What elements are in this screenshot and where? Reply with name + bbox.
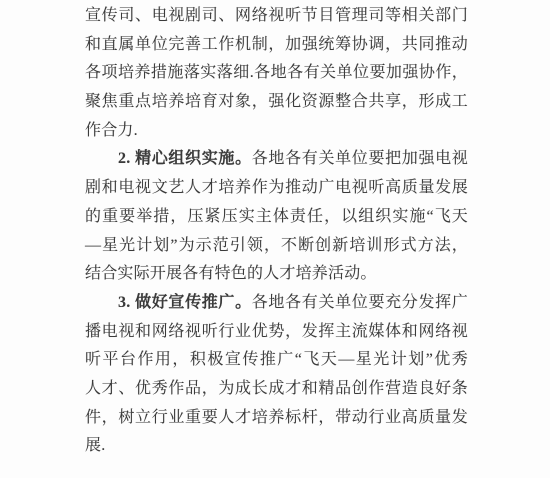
text-line: 剧和电视文艺人才培养作为推动广电视听高质量发展 xyxy=(85,174,468,203)
document-text-block: 宣传司、电视剧司、网络视听节目管理司等相关部门和直属单位完善工作机制，加强统筹协… xyxy=(85,2,468,461)
paragraph-2: 2. 精心组织实施。各地各有关单位要把加强电视剧和电视文艺人才培养作为推动广电视… xyxy=(85,145,468,288)
line-segment: 结合实际开展各有特色的人才培养活动。 xyxy=(85,265,377,282)
text-line: 展. xyxy=(85,432,468,461)
line-segment: 各地各有关单位要把加强电视 xyxy=(252,150,468,167)
text-line: 人才、优秀作品，为成长成才和精品创作营造良好条 xyxy=(85,375,468,404)
section-heading: 3. 做好宣传推广。 xyxy=(118,294,252,311)
text-line: 宣传司、电视剧司、网络视听节目管理司等相关部门 xyxy=(85,2,468,31)
line-segment: 宣传司、电视剧司、网络视听节目管理司等相关部门 xyxy=(85,7,468,24)
text-line: 各项培养措施落实落细.各地各有关单位要加强协作， xyxy=(85,59,468,88)
text-line: 2. 精心组织实施。各地各有关单位要把加强电视 xyxy=(85,145,468,174)
line-segment: 聚焦重点培养培育对象，强化资源整合共享，形成工 xyxy=(85,93,468,110)
line-segment: 件，树立行业重要人才培养标杆，带动行业高质量发 xyxy=(85,409,468,426)
paragraph-3: 3. 做好宣传推广。各地各有关单位要充分发挥广播电视和网络视听行业优势，发挥主流… xyxy=(85,289,468,461)
section-heading: 2. 精心组织实施。 xyxy=(118,150,252,167)
line-segment: —星光计划”为示范引领，不断创新培训形式方法， xyxy=(85,237,468,254)
text-line: 的重要举措，压紧压实主体责任，以组织实施“飞天 xyxy=(85,203,468,232)
text-line: —星光计划”为示范引领，不断创新培训形式方法， xyxy=(85,232,468,261)
paragraph-1: 宣传司、电视剧司、网络视听节目管理司等相关部门和直属单位完善工作机制，加强统筹协… xyxy=(85,2,468,145)
line-segment: 各地各有关单位要充分发挥广 xyxy=(252,294,468,311)
text-line: 作合力. xyxy=(85,117,468,146)
text-line: 听平台作用，积极宣传推广“飞天—星光计划”优秀 xyxy=(85,346,468,375)
text-line: 和直属单位完善工作机制，加强统筹协调，共同推动 xyxy=(85,31,468,60)
line-segment: 和直属单位完善工作机制，加强统筹协调，共同推动 xyxy=(85,36,468,53)
line-segment: 人才、优秀作品，为成长成才和精品创作营造良好条 xyxy=(85,380,468,397)
text-line: 件，树立行业重要人才培养标杆，带动行业高质量发 xyxy=(85,404,468,433)
line-segment: 听平台作用，积极宣传推广“飞天—星光计划”优秀 xyxy=(85,351,468,368)
text-line: 聚焦重点培养培育对象，强化资源整合共享，形成工 xyxy=(85,88,468,117)
line-segment: 播电视和网络视听行业优势，发挥主流媒体和网络视 xyxy=(85,323,468,340)
line-segment: 展. xyxy=(85,437,105,454)
line-segment: 各项培养措施落实落细.各地各有关单位要加强协作， xyxy=(85,64,468,81)
text-line: 3. 做好宣传推广。各地各有关单位要充分发挥广 xyxy=(85,289,468,318)
line-segment: 的重要举措，压紧压实主体责任，以组织实施“飞天 xyxy=(85,208,468,225)
text-line: 结合实际开展各有特色的人才培养活动。 xyxy=(85,260,468,289)
line-segment: 作合力. xyxy=(85,122,138,139)
text-line: 播电视和网络视听行业优势，发挥主流媒体和网络视 xyxy=(85,318,468,347)
line-segment: 剧和电视文艺人才培养作为推动广电视听高质量发展 xyxy=(85,179,468,196)
document-page: 宣传司、电视剧司、网络视听节目管理司等相关部门和直属单位完善工作机制，加强统筹协… xyxy=(0,0,550,478)
